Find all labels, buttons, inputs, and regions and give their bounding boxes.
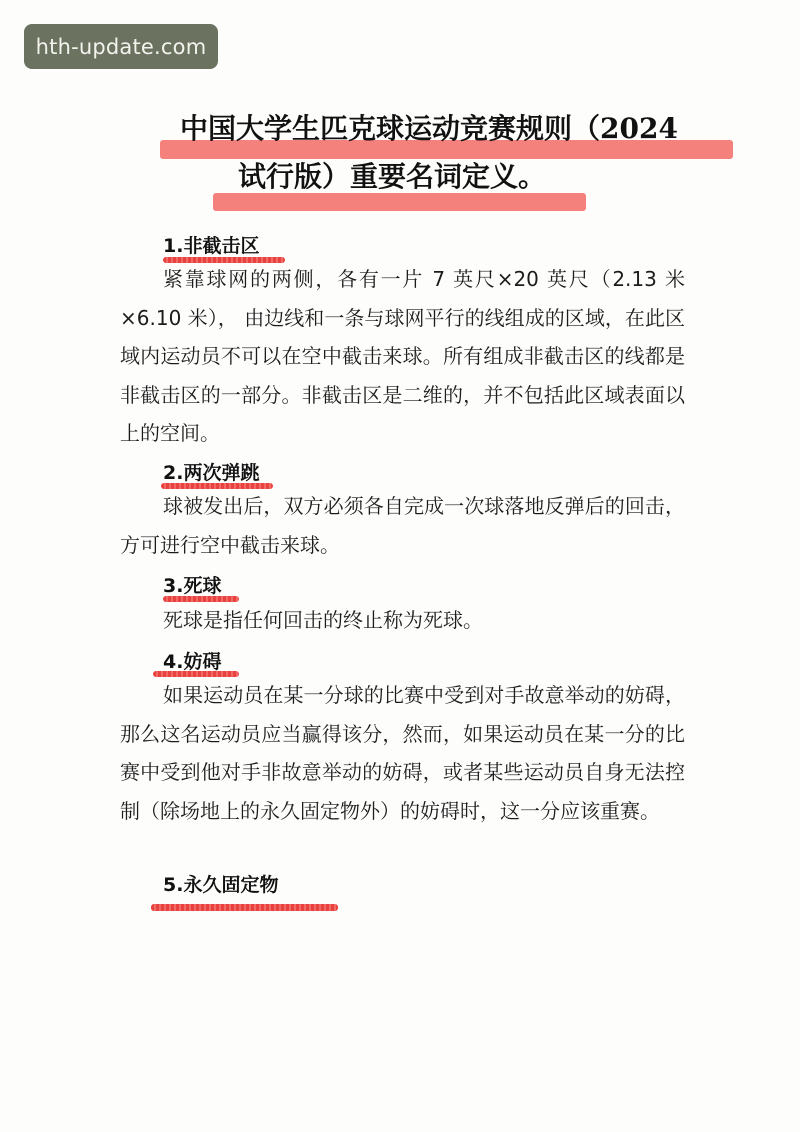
section-body-1: 紧靠球网的两侧，各有一片 7 英尺×20 英尺（2.13 米×6.10 米）， …	[120, 260, 685, 453]
section-body-3: 死球是指任何回击的终止称为死球。	[120, 601, 685, 640]
section-body-2: 球被发出后，双方必须各自完成一次球落地反弹后的回击，方可进行空中截击来球。	[120, 487, 685, 564]
document-title-line-1: 中国大学生匹克球运动竞赛规则（2024	[180, 107, 678, 147]
document-title-line-2: 试行版）重要名词定义。	[238, 155, 546, 195]
title-highlight-2	[213, 193, 586, 211]
section-heading-3: 3.死球	[163, 571, 221, 598]
section-body-4: 如果运动员在某一分球的比赛中受到对手故意举动的妨碍，那么这名运动员应当赢得该分，…	[120, 676, 685, 830]
heading-underline-5	[151, 904, 338, 911]
watermark-badge: hth-update.com	[24, 24, 218, 69]
section-heading-4: 4.妨碍	[163, 647, 221, 674]
section-heading-2: 2.两次弹跳	[163, 458, 259, 485]
section-heading-1: 1.非截击区	[163, 231, 259, 258]
section-heading-5: 5.永久固定物	[163, 870, 278, 897]
